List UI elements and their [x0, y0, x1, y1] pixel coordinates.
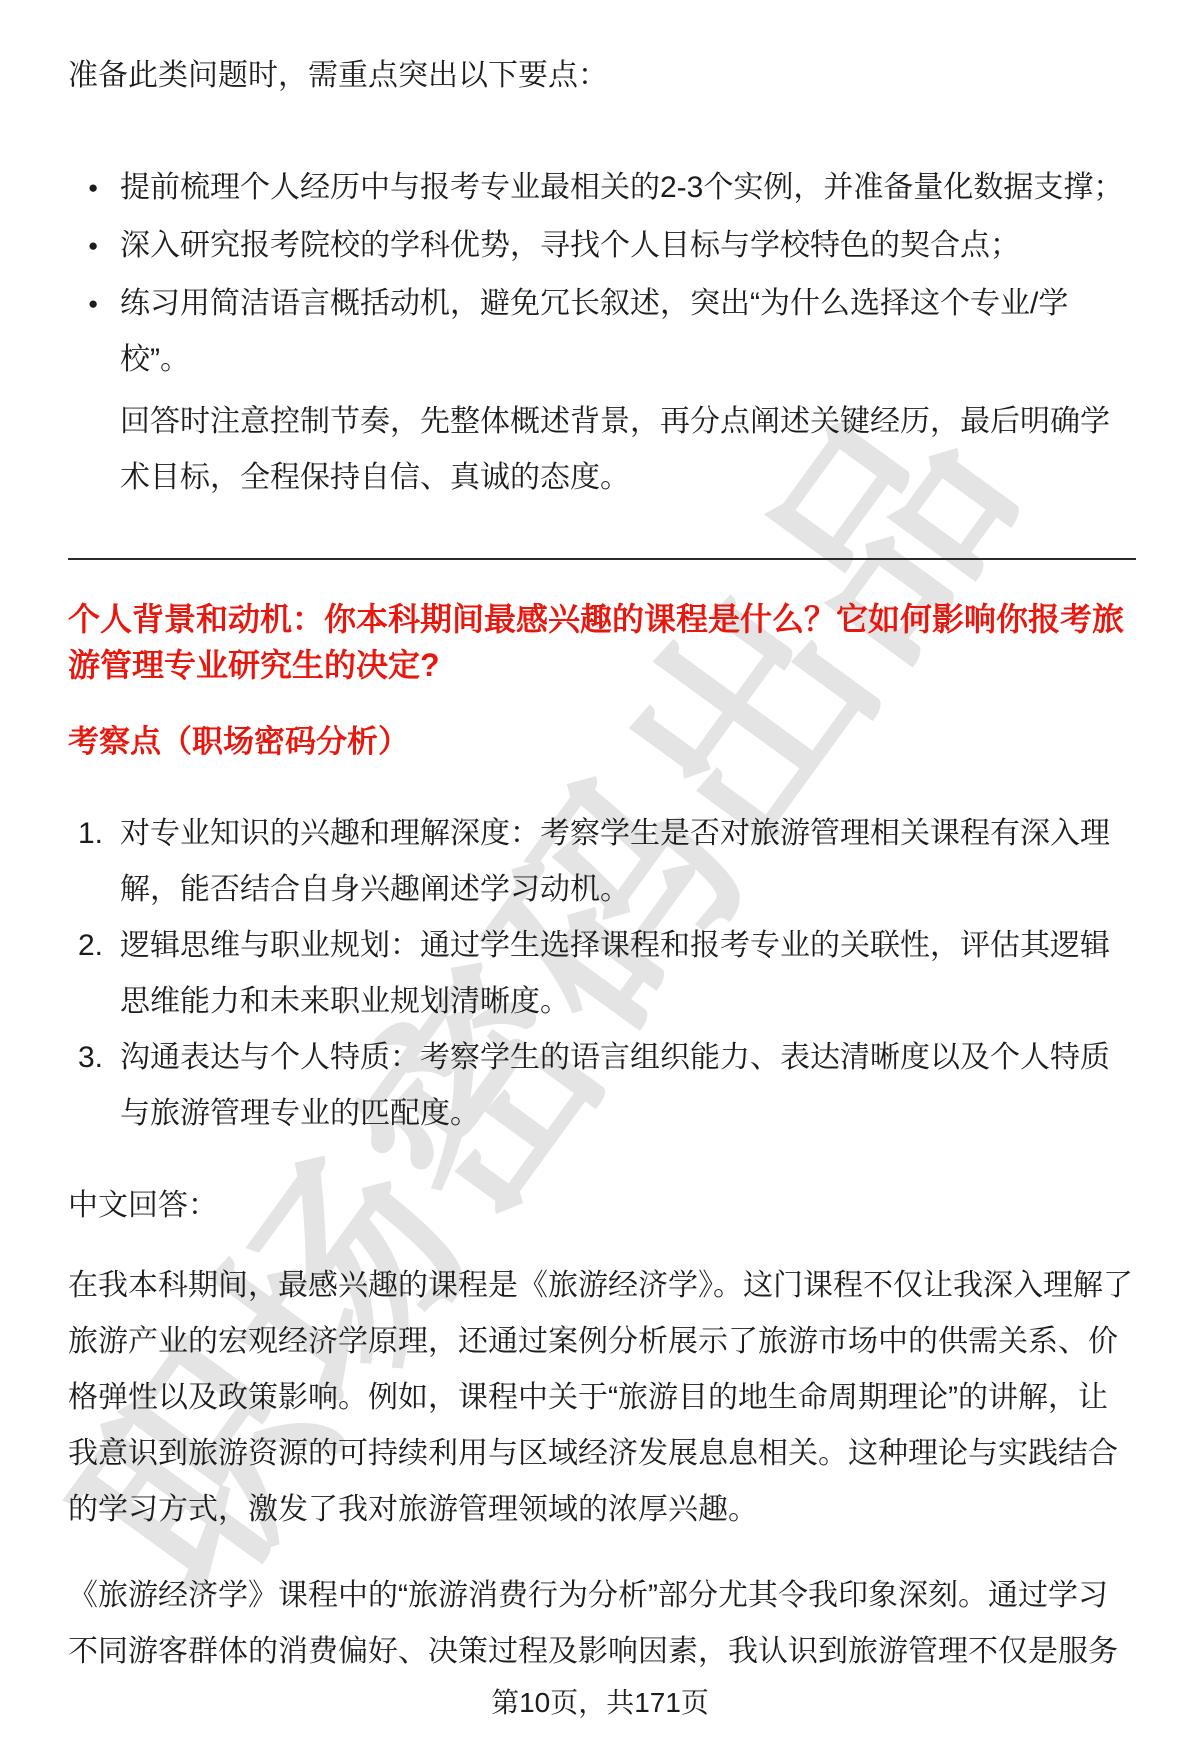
bullet-followup-text: 回答时注意控制节奏，先整体概述背景，再分点阐述关键经历，最后明确学术目标，全程保…: [68, 394, 1136, 506]
bullet-dot-icon: ●: [88, 276, 98, 332]
numbered-item-number: 1.: [78, 806, 103, 862]
bullet-dot-icon: ●: [88, 160, 98, 216]
question-heading: 个人背景和动机：你本科期间最感兴趣的课程是什么？它如何影响你报考旅游管理专业研究…: [68, 596, 1136, 688]
numbered-item-text: 对专业知识的兴趣和理解深度：考察学生是否对旅游管理相关课程有深入理解，能否结合自…: [120, 817, 1110, 906]
bullet-item: ● 练习用简洁语言概括动机，避免冗长叙述，突出“为什么选择这个专业/学校”。: [68, 276, 1136, 388]
numbered-item: 2. 逻辑思维与职业规划：通过学生选择课程和报考专业的关联性，评估其逻辑思维能力…: [68, 918, 1136, 1030]
analysis-points-heading: 考察点（职场密码分析）: [68, 720, 1136, 764]
numbered-item: 1. 对专业知识的兴趣和理解深度：考察学生是否对旅游管理相关课程有深入理解，能否…: [68, 806, 1136, 918]
bullet-item-text: 提前梳理个人经历中与报考专业最相关的2-3个实例，并准备量化数据支撑；: [120, 171, 1123, 204]
answer-paragraph: 在我本科期间，最感兴趣的课程是《旅游经济学》。这门课程不仅让我深入理解了旅游产业…: [68, 1258, 1136, 1538]
bullet-list: ● 提前梳理个人经历中与报考专业最相关的2-3个实例，并准备量化数据支撑； ● …: [68, 160, 1136, 388]
bullet-item-text: 练习用简洁语言概括动机，避免冗长叙述，突出“为什么选择这个专业/学校”。: [120, 287, 1068, 376]
document-page: 准备此类问题时，需重点突出以下要点： ● 提前梳理个人经历中与报考专业最相关的2…: [0, 0, 1200, 1736]
numbered-item: 3. 沟通表达与个人特质：考察学生的语言组织能力、表达清晰度以及个人特质与旅游管…: [68, 1030, 1136, 1142]
bullet-item: ● 深入研究报考院校的学科优势，寻找个人目标与学校特色的契合点；: [68, 218, 1136, 274]
bullet-item: ● 提前梳理个人经历中与报考专业最相关的2-3个实例，并准备量化数据支撑；: [68, 160, 1136, 216]
bullet-item-text: 深入研究报考院校的学科优势，寻找个人目标与学校特色的契合点；: [120, 229, 1020, 262]
numbered-item-text: 逻辑思维与职业规划：通过学生选择课程和报考专业的关联性，评估其逻辑思维能力和未来…: [120, 929, 1110, 1018]
section-divider: [68, 558, 1136, 560]
numbered-item-number: 2.: [78, 918, 103, 974]
page-footer: 第10页，共171页: [0, 1678, 1200, 1755]
intro-text: 准备此类问题时，需重点突出以下要点：: [68, 56, 1136, 96]
numbered-item-number: 3.: [78, 1030, 103, 1086]
numbered-item-text: 沟通表达与个人特质：考察学生的语言组织能力、表达清晰度以及个人特质与旅游管理专业…: [120, 1041, 1110, 1130]
answer-label: 中文回答：: [68, 1178, 1136, 1234]
numbered-list: 1. 对专业知识的兴趣和理解深度：考察学生是否对旅游管理相关课程有深入理解，能否…: [68, 806, 1136, 1142]
bullet-dot-icon: ●: [88, 218, 98, 274]
